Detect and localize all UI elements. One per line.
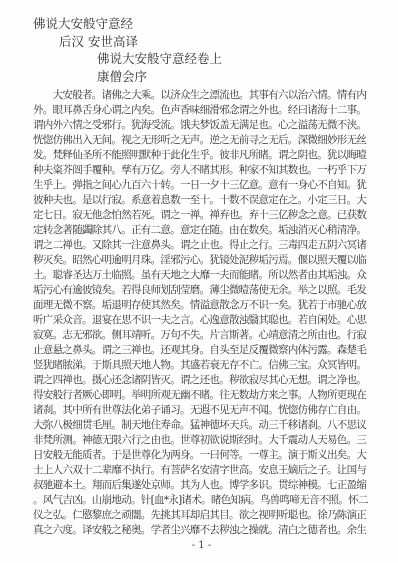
document-page: 佛说大安般守意经 后汉 安世高译 佛说大安般守意经卷上 康僧会序 大安般者。诸佛… xyxy=(0,0,398,563)
body-line: 垢污心有逾彼镜矣。若得良师划刮莹磨。薄尘微曀荡使无余。举之以照。毛发 xyxy=(33,283,370,298)
body-line: 秽灭矣。昭然心明逾明月珠。淫邪污心。犹镜处泥秽垢污焉。偃以照天覆以临 xyxy=(33,253,370,268)
body-line: 日安般无能质者。于是世尊化为两身。一曰何等。一尊主。演于斯义出矣。大 xyxy=(33,448,370,463)
body-line: 士上人六双十二辈靡不执行。有菩萨名安清字世高。安息王嫡后之子。让国与 xyxy=(33,463,370,478)
body-line: 。风气吉凶。山崩地动。针[血*永]诸术。睹色知病。鸟兽鸣啼无音不照。怀二 xyxy=(33,493,370,508)
translator-line: 后汉 安世高译 xyxy=(33,33,370,51)
volume-heading: 佛说大安般守意经卷上 xyxy=(33,50,370,68)
body-line: 大弥八极细贯毛厘。制天地住寿命。猛神德坏天兵。动三千移诸刹。八不思议 xyxy=(33,418,370,433)
body-line: 定七日。寂无他念怕然若死。谓之一禅。禅弃也。弃十三亿秽念之意。已获数 xyxy=(33,208,370,223)
body-line: 止意悬之鼻头。谓之三禅也。还观其身。自头至足反覆微察内体污露。森楚毛 xyxy=(33,343,370,358)
body-line: 竖犹睹脓涕。于斯具照天地人物。其盛若衰无存不亡。信佛三宝。众冥皆明。 xyxy=(33,358,370,373)
body-line: 外。眼耳鼻舌身心谓之内矣。色声香味细滑邪念谓之外也。经曰诸海十二事。 xyxy=(33,103,370,118)
body-line: 谓之二禅也。又除其一注意鼻头。谓之止也。得止之行。三毒四走五阴六冥诸 xyxy=(33,238,370,253)
body-line: 发。梵释仙圣所不能照明默种于此化生乎。彼非凡所睹。谓之阴也。犹以晦曀 xyxy=(33,148,370,163)
preface-heading: 康僧会序 xyxy=(33,68,370,86)
doc-title: 佛说大安般守意经 xyxy=(33,15,370,33)
body-line: 大安般者。诸佛之大乘。以济众生之漂流也。其事有六以治六情。情有内 xyxy=(33,88,370,103)
body-line: 寂寞。志无邪欲。侧耳靖听。万句不失。片言斯著。心靖意清之所由也。行寂 xyxy=(33,328,370,343)
body-line: 面理无微不察。垢退明存使其然矣。情溢意散念万不识一矣。犹若于市驰心放 xyxy=(33,298,370,313)
body-line: 非梵所测。神德无限六行之由也。世尊初欲说斯经时。大千震动人天易色。三 xyxy=(33,433,370,448)
scripture-body: 大安般者。诸佛之大乘。以济众生之漂流也。其事有六以治六情。情有内 外。眼耳鼻舌身… xyxy=(33,88,370,538)
body-line: 得安般行者厥心即明。举明所观无幽不睹。往无数劫方来之事。人物所更现在 xyxy=(33,388,370,403)
body-line: 叔驰避本土。翔而后集遂处京师。其为人也。博学多识。贯综神模。七正盈缩 xyxy=(33,478,370,493)
body-line: 生乎上。弹指之间心九百六十转。一日一夕十三亿意。意有一身心不自知。犹 xyxy=(33,178,370,193)
body-line: 彼种夫也。是以行寂。系意着息数一至十。十数不误意定在之。小定三日。大 xyxy=(33,193,370,208)
body-line: 谓内外六情之受邪行。犹海受流。饿夫梦饭盖无满足也。心之溢荡无微不浃。 xyxy=(33,118,370,133)
page-number: - 1 - xyxy=(33,539,370,553)
body-line: 定转念著随蠲除其八。正有二意。意定在随。由在数矣。垢浊消灭心稍清净。 xyxy=(33,223,370,238)
body-line: 真之六度。译安般之秘奥。学者尘兴靡不去秽浊之操就。清白之德者也。余生 xyxy=(33,523,370,538)
body-line: 谓之四禅也。摄心还念诸阴皆灭。谓之还也。秽欲寂尽其心无想。谓之净也。 xyxy=(33,373,370,388)
body-line: 种夫粢芥闿手覆种。孳有万亿。旁人不睹其形。种家不知其数也。一朽乎下万 xyxy=(33,163,370,178)
body-line: 诸刹。其中所有世尊法化弟子诵习。无遐不见无声不闻。恍惚仿佛存亡自由。 xyxy=(33,403,370,418)
body-line: 听广采众音。退宴在思不识一夫之言。心逸意散浊翳其聪也。若自闲处。心思 xyxy=(33,313,370,328)
body-line: 土。聪睿圣达万土临照。虽有天地之大靡一夫而能睹。所以然者由其垢浊。众 xyxy=(33,268,370,283)
body-line: 仪之弘。仁愍黎庶之顽闇。先挑其耳却启其目。欲之视明听聪也。徐乃陈演正 xyxy=(33,508,370,523)
body-line: 恍惚仿佛出入无间。视之无形听之无声。逆之无前寻之无后。深微细妙形无丝 xyxy=(33,133,370,148)
